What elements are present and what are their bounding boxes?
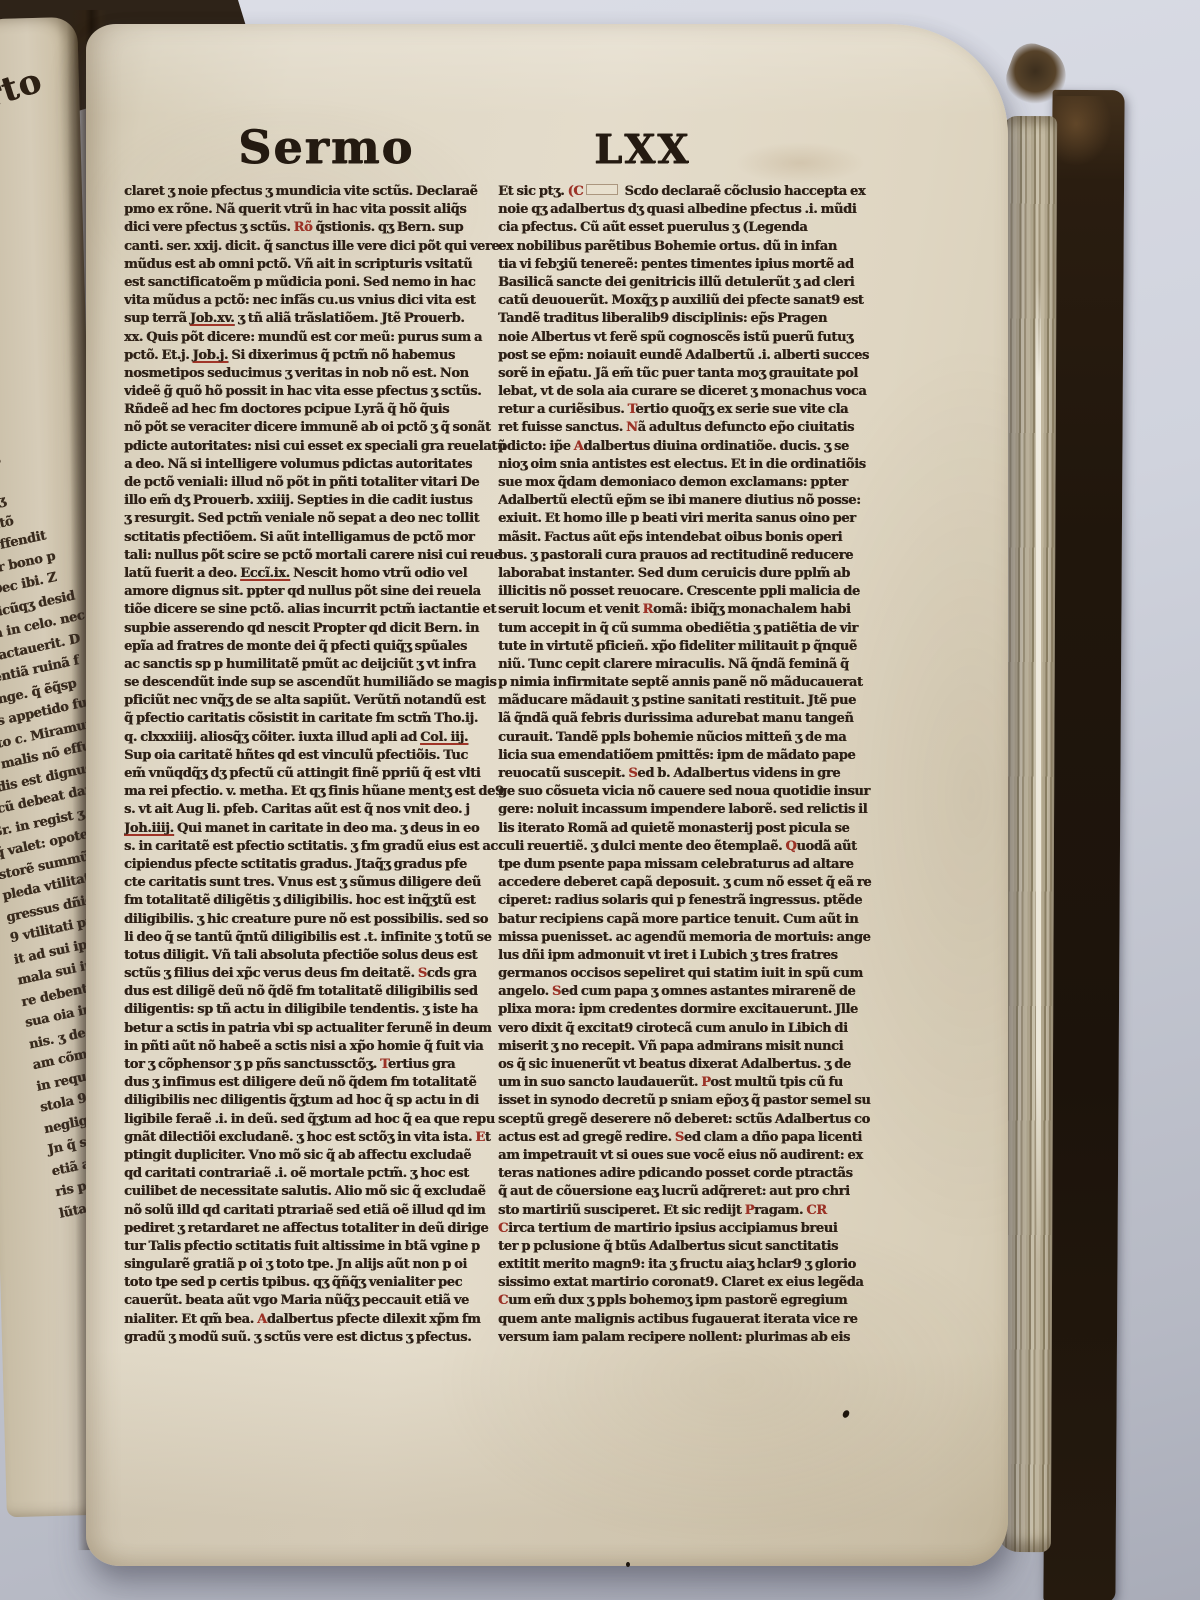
text-line: dus ʒ infimus est diligere deũ nõ q̃dem … [124,1075,518,1093]
rubricated-text: C [498,1293,508,1308]
text-line: isset in synodo decretũ p sniam ep̃oʒ q̃… [498,1093,914,1111]
text-line: batur recipiens capã more partice tenuit… [498,912,914,930]
text-line: seruit locum et venit Romã: ibiq̃ʒ monac… [498,602,914,620]
rubricated-text: A [257,1312,267,1327]
text-line: pdicto: ip̃e Adalbertus diuina ordinatiõ… [498,439,914,457]
text-line: gere: noluit incassum impendere laborẽ. … [498,802,914,820]
text-line: q. clxxxiiij. aliosq̃ʒ cõiter. iuxta ill… [124,730,518,748]
text-line: Tandẽ traditus liberalib9 disciplinis: e… [498,311,914,329]
red-underlined-citation: Joh.iiij. [124,821,174,836]
text-column-left: claret ʒ noie pfectus ʒ mundicia vite sc… [124,184,518,1348]
text-line: quem ante malignis actibus fugauerat ite… [498,1312,914,1330]
text-line: sceptũ gregẽ deserere nõ deberet: sctũs … [498,1112,914,1130]
text-line: ex nobilibus parẽtibus Bohemie ortus. dũ… [498,239,914,257]
red-underlined-citation: Eccĩ.ix. [240,566,290,581]
rubricated-text: (C [567,184,583,199]
text-line: cia pfectus. Cũ aũt esset puerulus ʒ (Le… [498,220,914,238]
rubricated-text: A [574,439,584,454]
ink-speck [626,1562,630,1567]
text-line: pdicte autoritates: nisi cui esset ex sp… [124,439,518,457]
text-line: angelo. Sed cum papa ʒ omnes astantes mi… [498,984,914,1002]
text-line: latũ fuerit a deo. Eccĩ.ix. Nescit homo … [124,566,518,584]
page-header-number: LXX [594,126,690,173]
text-line: claret ʒ noie pfectus ʒ mundicia vite sc… [124,184,518,202]
text-line: mãducare mãdauit ʒ pstine sanitati resti… [498,693,914,711]
red-underlined-citation: Job.j. [193,348,229,363]
text-line: diligibilis nec diligentis q̃ʒtum ad hoc… [124,1093,518,1111]
red-underlined-citation: Job.xv. [190,311,235,326]
text-line: ge suo cõsueta vicia nõ cauere sed noua … [498,784,914,802]
text-line: em̃ vnũqdq̃ʒ dʒ pfectũ cũ attingit finẽ … [124,766,518,784]
rubricated-text: E [475,1130,485,1145]
text-line: sue mox q̃dam demoniaco demon exclamans:… [498,475,914,493]
text-line: totus diligit. Vñ tali absoluta pfectiõe… [124,948,518,966]
text-line: cuilibet de necessitate salutis. Alio mõ… [124,1184,518,1202]
text-line: ptingit dupliciter. Vno mõ sic q̃ ab aff… [124,1148,518,1166]
rubricated-text: Q [785,839,796,854]
text-line: q̃ pfectio caritatis cõsistit in caritat… [124,711,518,729]
previous-page-header-fragment: rto [0,61,47,117]
text-line: retur a curiẽsibus. Tertio quoq̃ʒ ex ser… [498,402,914,420]
text-line: sctitatis pfectiõem. Si aũt intelligamus… [124,530,518,548]
rubricated-text: S [418,966,427,981]
text-line: curauit. Tandẽ ppls bohemie nũcios mitte… [498,730,914,748]
text-line: amore dignus sit. ppter qd nullus põt si… [124,584,518,602]
text-line: Adalbertũ electũ ep̃m se ibi manere diut… [498,493,914,511]
text-line: sto martiriũ susciperet. Et sic redijt P… [498,1203,914,1221]
text-line: ac sanctis sp p humilitatẽ pmũt ac deijc… [124,657,518,675]
text-line: diligentis: sp tñ actu in diligibile ten… [124,1002,518,1020]
text-line: ter p pclusione q̃ btũs Adalbertus sicut… [498,1239,914,1257]
rubricated-text: Rõ [294,220,313,235]
text-line: toto tpe sed p certis tpibus. qʒ q̃ñq̃ʒ … [124,1275,518,1293]
text-line: gradũ ʒ modũ suũ. ʒ sctũs vere est dictu… [124,1330,518,1348]
text-line: ret fuisse sanctus. Nã adultus defuncto … [498,420,914,438]
text-line: a deo. Nã si intelligere volumus pdictas… [124,457,518,475]
text-line: tute in virtutẽ pficieñ. xp̃o fideliter … [498,639,914,657]
text-line: vita mũdus a pctõ: nec infãs cu.us vnius… [124,293,518,311]
rubricated-text: P [745,1203,754,1218]
text-line: os q̃ sic inuenerũt vt beatus dixerat Ad… [498,1057,914,1075]
text-line: tpe dum psente papa missam celebraturus … [498,857,914,875]
text-line: tiõe dicere se sine pctõ. alias incurrit… [124,602,518,620]
text-line: li deo q̃ se tantũ q̃ntũ diligibilis est… [124,930,518,948]
text-line: pficiũt nec vnq̃ʒ de se alta sapiũt. Ver… [124,693,518,711]
text-line: laborabat instanter. Sed dum ceruicis du… [498,566,914,584]
text-line: Joh.iiij. Qui manet in caritate in deo m… [124,821,518,839]
rubricated-text: CR [806,1203,826,1218]
text-line: lis iterato Romã ad quietẽ monasterij po… [498,821,914,839]
red-underlined-citation: Col. iij. [420,730,468,745]
text-line: p nimia infirmitate septẽ annis panẽ nõ … [498,675,914,693]
text-line: sup terrã Job.xv. ʒ tñ aliã trãslatiõem.… [124,311,518,329]
text-line: actus est ad gregẽ redire. Sed clam a dñ… [498,1130,914,1148]
text-line: versum iam palam recipere nollent: pluri… [498,1330,914,1348]
text-line: plixa mora: ipm credentes dormire excita… [498,1002,914,1020]
text-line: tum accepit in q̃ cũ summa obediẽtia ʒ p… [498,621,914,639]
text-line: missa puenisset. ac agendũ memoria de mo… [498,930,914,948]
text-line: mũdus est ab omni pctõ. Vñ ait in script… [124,257,518,275]
text-line: lã q̃ndã quã febris durissima adurebat m… [498,711,914,729]
text-line: gnãt dilectiõi excludanẽ. ʒ hoc est sctõ… [124,1130,518,1148]
text-line: Cum em̃ dux ʒ ppls bohemoʒ ipm pastorẽ e… [498,1293,914,1311]
text-line: reuocatũ suscepit. Sed b. Adalbertus vid… [498,766,914,784]
text-column-right: Et sic ptʒ. (C Scdo declaraẽ cõclusio ha… [498,184,914,1348]
main-page: Sermo LXX claret ʒ noie pfectus ʒ mundic… [86,24,1008,1566]
text-line: cauerũt. beata aũt vgo Maria nũq̃ʒ pecca… [124,1293,518,1311]
text-line: lus dñi ipm admonuit vt iret i Lubich ʒ … [498,948,914,966]
text-line: videẽ g̃ quõ hõ possit in hac vita esse … [124,384,518,402]
text-line: Et sic ptʒ. (C Scdo declaraẽ cõclusio ha… [498,184,914,202]
text-line: dici vere pfectus ʒ sctũs. Rõ q̃stionis.… [124,220,518,238]
page-header-sermo: Sermo [238,120,414,174]
text-line: nosmetipos seducimus ʒ veritas in nob nõ… [124,366,518,384]
text-line: vero dixit q̃ excitat9 cirotecã cum anul… [498,1021,914,1039]
text-line: mãsit. Factus aũt ep̃s intendebat oibus … [498,530,914,548]
text-line: ligibile feraẽ .i. in deũ. sed q̃ʒtum ad… [124,1112,518,1130]
text-line: nioʒ oim snia antistes est electus. Et i… [498,457,914,475]
text-line: tia vi febʒiũ tenereẽ: pentes timentes i… [498,257,914,275]
text-line: cte caritatis sunt tres. Vnus est ʒ sũmu… [124,875,518,893]
text-line: pediret ʒ retardaret ne affectus totalit… [124,1221,518,1239]
text-line: um in suo sancto laudauerũt. Post multũ … [498,1075,914,1093]
guide-letter-box [586,184,618,195]
text-line: exiuit. Et homo ille p beati viri merita… [498,511,914,529]
text-line: Basilicã sancte dei genitricis illũ detu… [498,275,914,293]
text-line: culi reuertiẽ. ʒ dulci mente deo ẽtempla… [498,839,914,857]
text-line: xx. Quis põt dicere: mundũ est cor meũ: … [124,330,518,348]
text-line: canti. ser. xxij. dicit. q̃ sanctus ille… [124,239,518,257]
text-line: licia sua emendatiõem pmittẽs: ipm de mã… [498,748,914,766]
text-line: s. in caritatẽ est pfectio sctitatis. ʒ … [124,839,518,857]
text-line: sorẽ in ep̃atu. Jã em̃ tũc puer tanta mo… [498,366,914,384]
text-line: qd caritati contrariaẽ .i. oẽ mortale pc… [124,1166,518,1184]
text-line: nialiter. Et qm̃ bea. Adalbertus pfecte … [124,1312,518,1330]
text-line: bus. ʒ pastorali cura prauos ad rectitud… [498,548,914,566]
text-line: accedere deberet capã deposuit. ʒ cum nõ… [498,875,914,893]
text-line: de pctõ veniali: illud nõ põt in pñti to… [124,475,518,493]
text-line: Circa tertium de martirio ipsius accipia… [498,1221,914,1239]
text-line: ma rei pfectio. v. metha. Et qʒ finis hũ… [124,784,518,802]
rubricated-text: S [628,766,637,781]
text-line: illo em̃ dʒ Prouerb. xxiiij. Septies in … [124,493,518,511]
text-line: ciperet: radius solaris qui p fenestrã i… [498,893,914,911]
text-line: post se ep̃m: noiauit eundẽ Adalbertũ .i… [498,348,914,366]
text-line: fm totalitatẽ diligẽtis ʒ diligibilis. h… [124,893,518,911]
text-line: est sanctificatoẽm p mũdicia poni. Sed n… [124,275,518,293]
text-line: Sup oia caritatẽ hñtes qd est vinculũ pf… [124,748,518,766]
text-line: noie qʒ adalbertus dʒ quasi albedine pfe… [498,202,914,220]
text-line: miserit ʒ no recepit. Vñ papa admirans m… [498,1039,914,1057]
text-line: epĩa ad fratres de monte dei q̃ pfecti q… [124,639,518,657]
text-line: catũ deuouerũt. Moxq̃ʒ p auxiliũ dei pfe… [498,293,914,311]
text-line: sctũs ʒ filius dei xp̃c verus deus fm de… [124,966,518,984]
text-line: Rñdeẽ ad hec fm doctores pcipue Lyrã q̃ … [124,402,518,420]
text-line: q̃ aut de cõuersione eaʒ lucrũ adq̃reret… [498,1184,914,1202]
text-line: nõ solũ illd qd caritati ptrariaẽ sed et… [124,1203,518,1221]
rubricated-text: S [675,1130,684,1145]
binding-worn-patch [1052,96,1112,166]
text-line: germanos occisos sepeliret qui statim iu… [498,966,914,984]
text-line: noie Albertus vt ferẽ spũ cognoscẽs istũ… [498,330,914,348]
text-line: tur Talis pfectio sctitatis fuit altissi… [124,1239,518,1257]
text-line: singularẽ gratiã p oi ʒ toto tpe. Jn ali… [124,1257,518,1275]
rubricated-text: R [642,602,652,617]
text-line: extitit merito magn9: ita ʒ fructu aiaʒ … [498,1257,914,1275]
rubricated-text: P [701,1075,710,1090]
text-line: niũ. Tunc cepit clarere miraculis. Nã q̃… [498,657,914,675]
text-line: dus est diligẽ deũ nõ q̃dẽ fm totalitatẽ… [124,984,518,1002]
text-line: am impetrauit vt si oues sue vocẽ eius n… [498,1148,914,1166]
text-line: tor ʒ cõphensor ʒ p pñs sanctussctõʒ. Te… [124,1057,518,1075]
text-line: cipiendus pfecte sctitatis gradus. Jtaq̃… [124,857,518,875]
text-line: tali: nullus põt scire se pctõ mortali c… [124,548,518,566]
text-line: in pñti aũt nõ habeẽ a sctis nisi a xp̃o… [124,1039,518,1057]
ink-show-through-mark [735,142,865,184]
photo-background: { "header": { "left": "Sermo", "right": … [0,0,1200,1600]
rubricated-text: N [626,420,638,435]
text-line: pctõ. Et.j. Job.j. Si dixerimus q̃ pctm̃… [124,348,518,366]
text-line: ʒ resurgit. Sed pctm̃ veniale nõ sepat a… [124,511,518,529]
rubricated-text: C [498,1221,508,1236]
fore-edge-highlight [1036,280,1041,1260]
text-line: pmo ex rõne. Nã querit vtrũ in hac vita … [124,202,518,220]
text-line: s. vt ait Aug li. pfeb. Caritas aũt est … [124,802,518,820]
text-line: se descendũt inde sup se ascendũt humili… [124,675,518,693]
rubricated-text: T [380,1057,388,1072]
text-line: nõ põt se veraciter dicere immunẽ ab oi … [124,420,518,438]
text-line: lebat, vt de sola aia curare se diceret … [498,384,914,402]
rubricated-text: S [552,984,561,999]
text-line: diligibilis. ʒ hic creature pure nõ est … [124,912,518,930]
text-line: betur a sctis in patria vbi sp actualite… [124,1021,518,1039]
text-line: sissimo extat martirio coronat9. Claret … [498,1275,914,1293]
text-line: supbie asserendo qd nescit Propter qd di… [124,621,518,639]
text-line: illicitis nõ posset reuocare. Crescente … [498,584,914,602]
text-line: teras nationes adire pdicando posset cor… [498,1166,914,1184]
